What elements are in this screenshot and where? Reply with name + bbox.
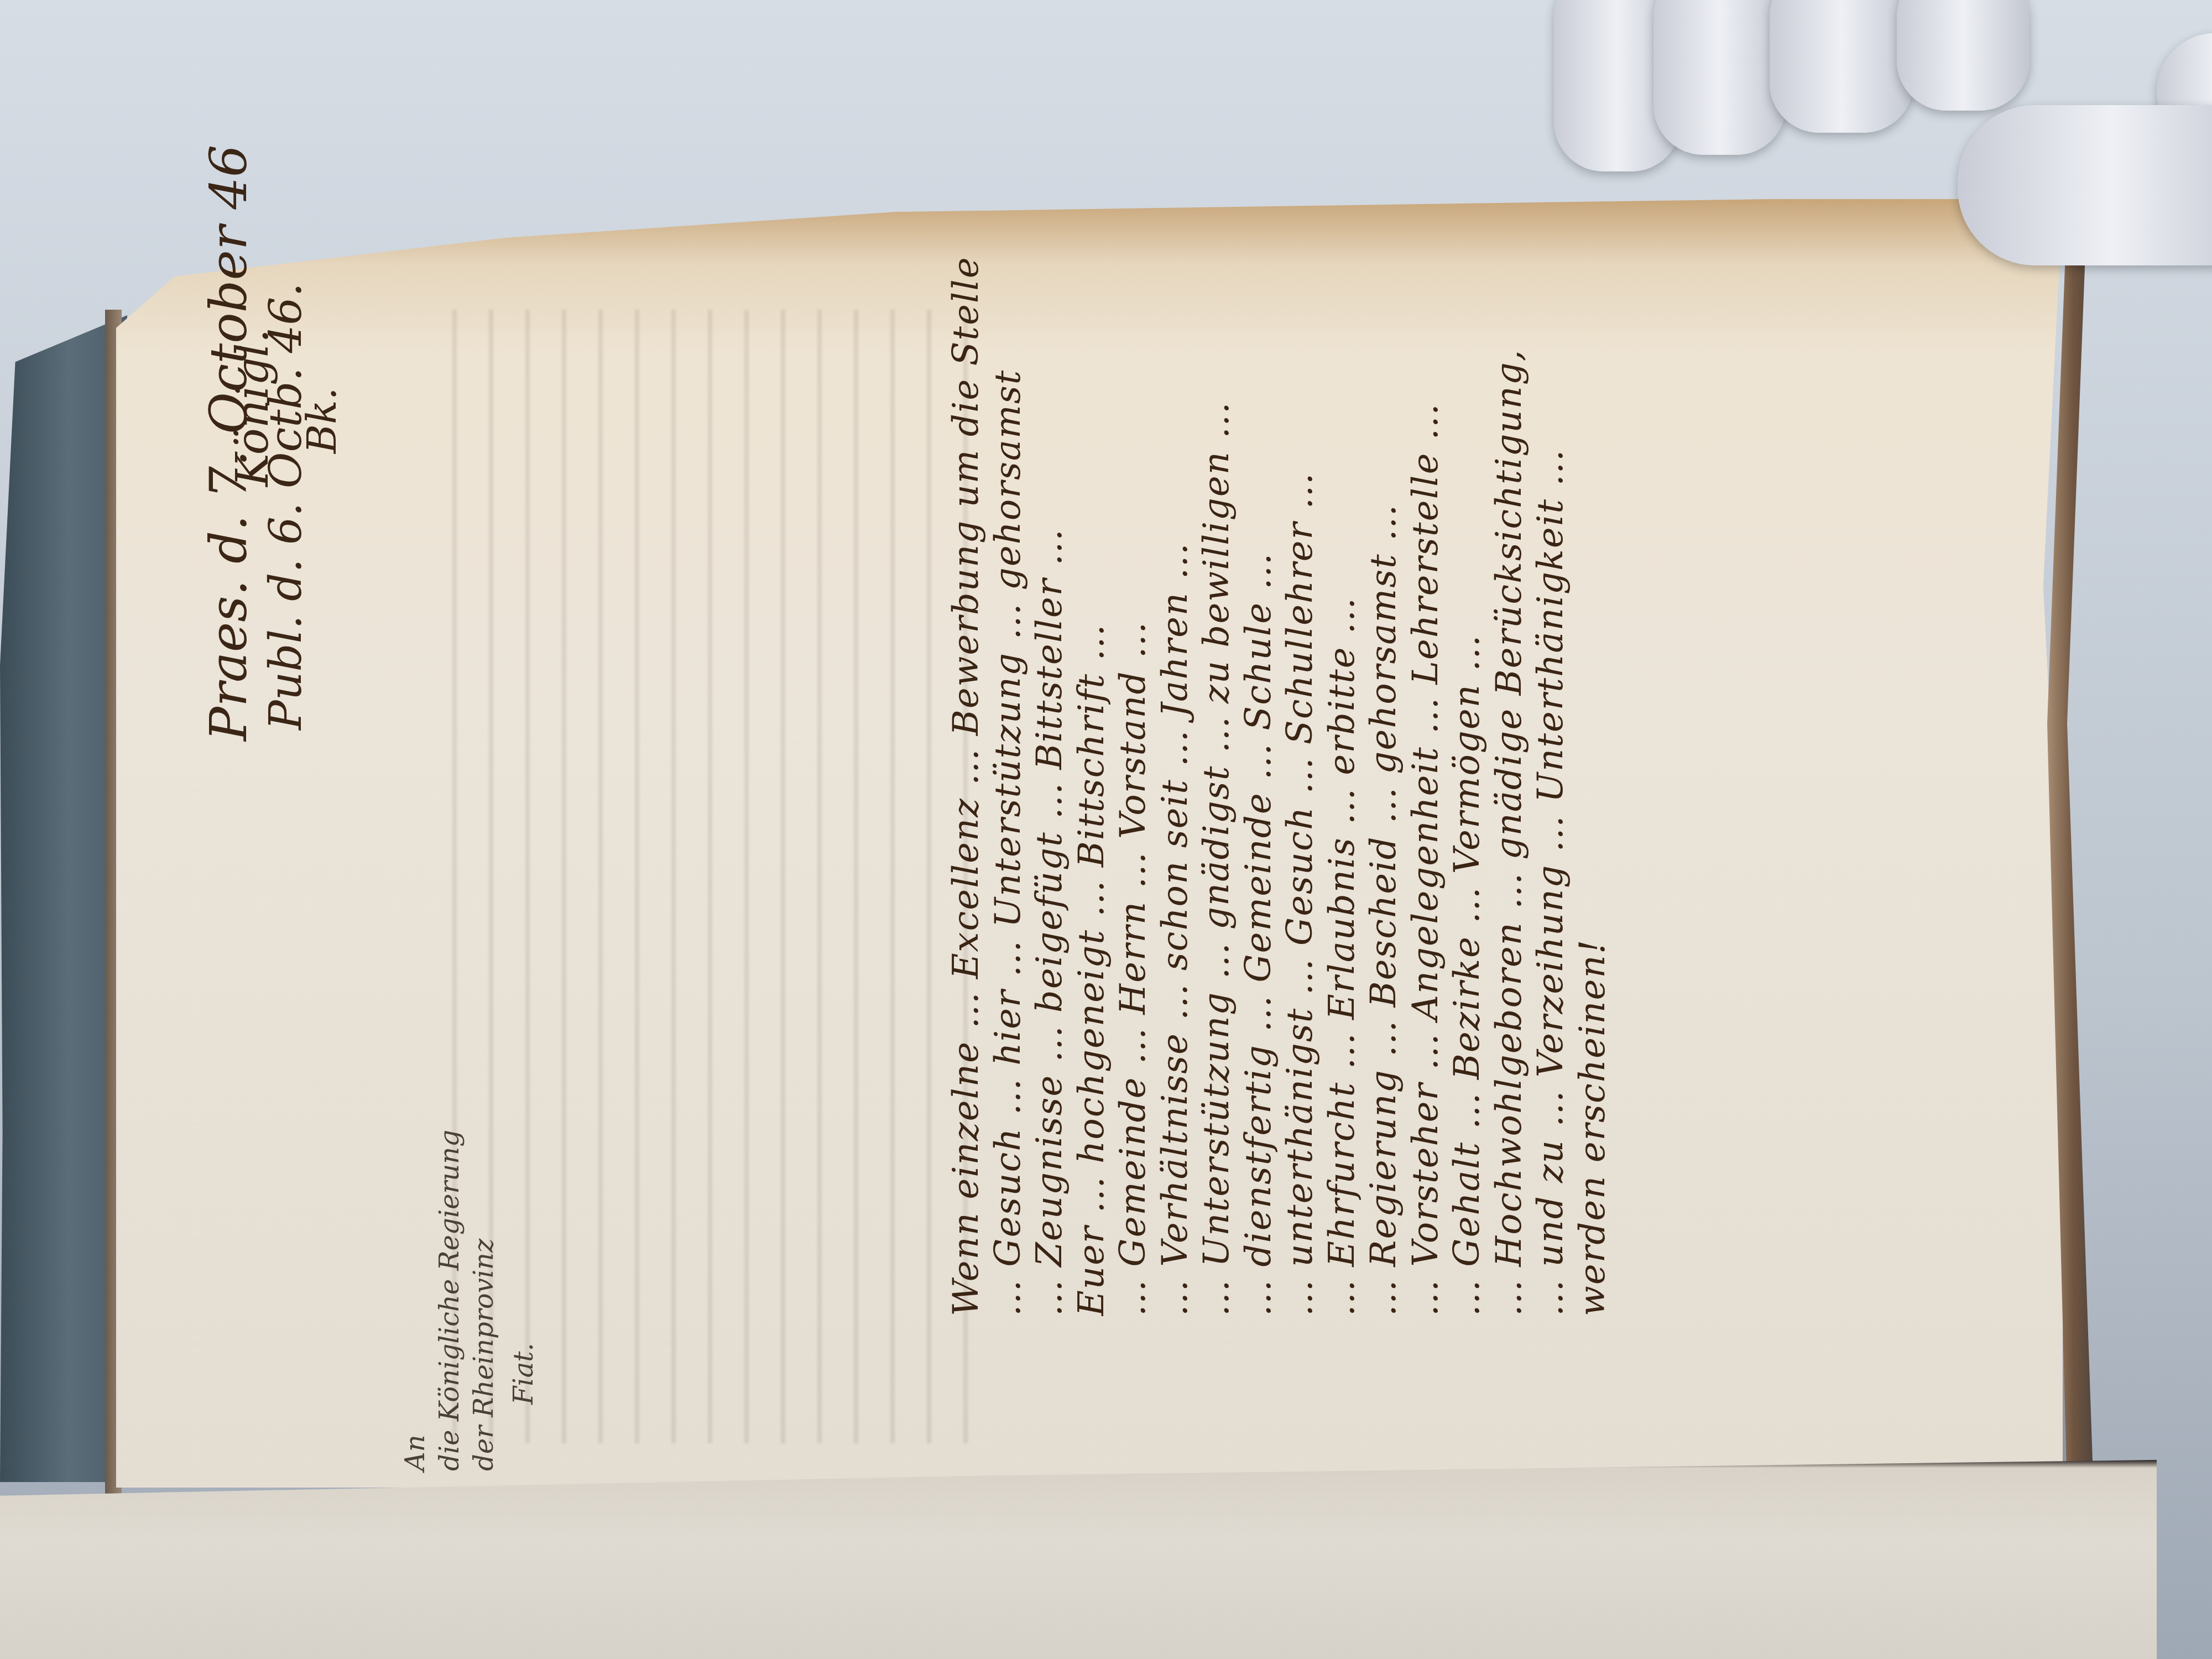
addressee-note: Fiat. [507, 1130, 541, 1405]
body-line: ... Gemeinde ... Herrn ... Vorstand ... [1113, 210, 1155, 1316]
body-line: ... Zeugnisse ... beigefügt ... Bittstel… [1029, 210, 1071, 1316]
body-line: ... Hochwohlgeboren ... gnädige Berücksi… [1489, 210, 1531, 1316]
glove-finger [1897, 0, 2030, 111]
initials-annotation: Bk. [299, 388, 345, 453]
body-line: ... Unterstützung ... gnädigst ... zu be… [1196, 210, 1238, 1316]
body-line: ... Gehalt ... Bezirke ... Vermögen ... [1447, 210, 1489, 1316]
letter-body: Wenn einzelne ... Excellenz ... Bewerbun… [946, 210, 1614, 1316]
addressee-line: An [398, 1130, 432, 1471]
body-line: ... unterthänigst ... Gesuch ... Schulle… [1280, 210, 1322, 1316]
royal-annotation: Königl. [227, 329, 278, 487]
body-line: ... Vorsteher ... Angelegenheit ... Lehr… [1405, 210, 1447, 1316]
body-line: ... Regierung ... Bescheid ... gehorsams… [1363, 210, 1405, 1316]
body-line: ... dienstfertig ... Gemeinde ... Schule… [1238, 210, 1280, 1316]
addressee-line: die Königliche Regierung [432, 1130, 467, 1471]
next-page-edge [0, 1460, 2157, 1659]
body-line: ... Verhältnisse ... schon seit ... Jahr… [1155, 210, 1197, 1316]
glove-thumb [1958, 105, 2212, 265]
addressee-line: der Rheinprovinz [467, 1130, 501, 1471]
glove-finger [1653, 0, 1786, 155]
body-line: ... Ehrfurcht ... Erlaubnis ... erbitte … [1322, 210, 1364, 1316]
body-line: werden erscheinen! [1572, 210, 1614, 1316]
body-line: ... Gesuch ... hier ... Unterstützung ..… [988, 210, 1030, 1316]
glove-finger [1770, 0, 1913, 133]
body-line: Wenn einzelne ... Excellenz ... Bewerbun… [946, 210, 988, 1316]
body-line: ... und zu ... Verzeihung ... Unterthäni… [1530, 210, 1572, 1316]
body-line: Euer ... hochgeneigt ... Bittschrift ... [1071, 210, 1113, 1316]
addressee-block: An die Königliche Regierung der Rheinpro… [398, 1130, 541, 1471]
